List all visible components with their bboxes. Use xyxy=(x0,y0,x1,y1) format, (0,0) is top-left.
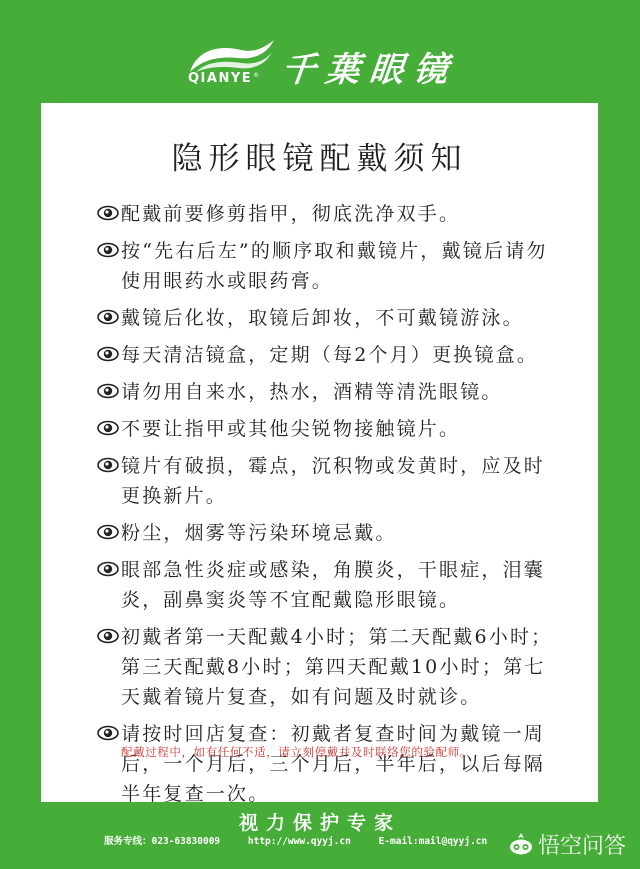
rule-text: 每天清洁镜盒，定期（每2个月）更换镜盒。 xyxy=(121,340,559,370)
eye-icon xyxy=(97,524,119,540)
list-item: 镜片有破损，霉点，沉积物或发黄时，应及时更换新片。 xyxy=(97,451,559,511)
list-item: 眼部急性炎症或感染，角膜炎，干眼症，泪囊炎，副鼻窦炎等不宜配戴隐形眼镜。 xyxy=(97,555,559,615)
list-item: 粉尘，烟雾等污染环境忌戴。 xyxy=(97,518,559,548)
email-link[interactable]: E-mail:mail@qyyj.cn xyxy=(379,836,488,847)
brand-latin-name: QIANYE® xyxy=(188,71,261,86)
rule-text: 眼部急性炎症或感染，角膜炎，干眼症，泪囊炎，副鼻窦炎等不宜配戴隐形眼镜。 xyxy=(121,555,559,615)
list-item: 请按时回店复查：初戴者复查时间为戴镜一周后，一个月后，三个月后，半年后，以后每隔… xyxy=(97,719,559,809)
list-item: 按“先右后左”的顺序取和戴镜片，戴镜后请勿使用眼药水或眼药膏。 xyxy=(97,236,559,296)
website-link[interactable]: http://www.qyyj.cn xyxy=(248,836,351,847)
list-item: 每天清洁镜盒，定期（每2个月）更换镜盒。 xyxy=(97,340,559,370)
brand-chinese-name: 千葉眼镜 xyxy=(279,42,460,91)
list-item: 配戴前要修剪指甲，彻底洗净双手。 xyxy=(97,199,559,229)
eye-icon xyxy=(97,457,119,473)
eye-icon xyxy=(97,242,119,258)
eye-icon xyxy=(97,420,119,436)
eye-icon xyxy=(97,725,119,741)
list-item: 请勿用自来水，热水，酒精等清洗眼镜。 xyxy=(97,377,559,407)
page-title: 隐形眼镜配戴须知 xyxy=(41,133,598,178)
eye-icon xyxy=(97,561,119,577)
eye-icon xyxy=(97,205,119,221)
watermark: 悟空问答 xyxy=(508,829,626,859)
rule-text: 初戴者第一天配戴4小时；第二天配戴6小时；第三天配戴8小时；第四天配戴10小时；… xyxy=(121,622,559,712)
rules-list: 配戴前要修剪指甲，彻底洗净双手。 按“先右后左”的顺序取和戴镜片，戴镜后请勿使用… xyxy=(97,199,559,816)
eye-icon xyxy=(97,383,119,399)
eye-icon xyxy=(97,309,119,325)
rule-text: 戴镜后化妆，取镜后卸妆，不可戴镜游泳。 xyxy=(121,303,559,333)
rule-text: 镜片有破损，霉点，沉积物或发黄时，应及时更换新片。 xyxy=(121,451,559,511)
wukong-logo-icon xyxy=(508,832,534,856)
warning-notice: 配戴过程中，如有任何不适，请立刻停戴并及时联络您的验配师。 xyxy=(121,744,561,760)
poster: QIANYE® 千葉眼镜 隐形眼镜配戴须知 配戴前要修剪指甲，彻底洗净双手。 按… xyxy=(0,0,640,869)
hotline: 服务专线：023-63830009 xyxy=(104,836,220,847)
watermark-text: 悟空问答 xyxy=(538,829,626,860)
eye-icon xyxy=(97,346,119,362)
rule-text: 请勿用自来水，热水，酒精等清洗眼镜。 xyxy=(121,377,559,407)
list-item: 戴镜后化妆，取镜后卸妆，不可戴镜游泳。 xyxy=(97,303,559,333)
rule-text: 请按时回店复查：初戴者复查时间为戴镜一周后，一个月后，三个月后，半年后，以后每隔… xyxy=(121,719,559,809)
rule-text: 按“先右后左”的顺序取和戴镜片，戴镜后请勿使用眼药水或眼药膏。 xyxy=(121,236,559,296)
rule-text: 不要让指甲或其他尖锐物接触镜片。 xyxy=(121,414,559,444)
brand-logo: QIANYE® 千葉眼镜 xyxy=(186,38,466,90)
list-item: 初戴者第一天配戴4小时；第二天配戴6小时；第三天配戴8小时；第四天配戴10小时；… xyxy=(97,622,559,712)
rule-text: 配戴前要修剪指甲，彻底洗净双手。 xyxy=(121,199,559,229)
list-item: 不要让指甲或其他尖锐物接触镜片。 xyxy=(97,414,559,444)
eye-icon xyxy=(97,628,119,644)
contact-info: 服务专线：023-63830009 http://www.qyyj.cn E-m… xyxy=(104,833,509,847)
rule-text: 粉尘，烟雾等污染环境忌戴。 xyxy=(121,518,559,548)
content-panel: 隐形眼镜配戴须知 配戴前要修剪指甲，彻底洗净双手。 按“先右后左”的顺序取和戴镜… xyxy=(41,103,598,802)
